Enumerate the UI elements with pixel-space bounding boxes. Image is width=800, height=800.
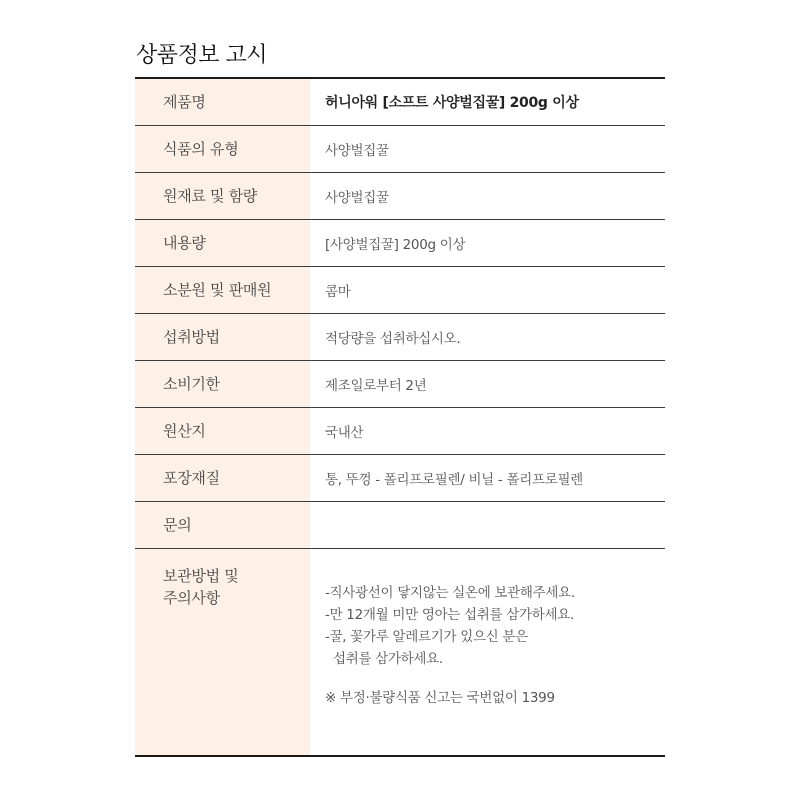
row-label: 문의 [135,501,310,548]
storage-note: -직사광선이 닿지않는 실온에 보관해주세요. [325,582,665,604]
row-value: 적당량을 섭취하십시오. [310,313,665,360]
storage-label-line: 보관방법 및 [163,565,310,587]
table-row-ingredients: 원재료 및 함량 사양벌집꿀 [135,172,665,219]
row-value [310,501,665,548]
table-row-origin: 원산지 국내산 [135,407,665,454]
row-value: 사양벌집꿀 [310,125,665,172]
row-value: 제조일로부터 2년 [310,360,665,407]
storage-note: 섭취를 삼가하세요. [325,648,665,670]
row-label: 섭취방법 [135,313,310,360]
table-row-content-amount: 내용량 [사양벌집꿀] 200g 이상 [135,219,665,266]
row-label: 내용량 [135,219,310,266]
table-row-storage: 보관방법 및 주의사항 -직사광선이 닿지않는 실온에 보관해주세요. -만 1… [135,548,665,756]
row-value: 통, 뚜껑 - 폴리프로필렌/ 비닐 - 폴리프로필렌 [310,454,665,501]
row-value: 허니아워 [소프트 사양벌집꿀] 200g 이상 [310,78,665,125]
row-label: 포장재질 [135,454,310,501]
row-label: 원재료 및 함량 [135,172,310,219]
row-label: 제품명 [135,78,310,125]
storage-label-line: 주의사항 [163,587,310,609]
page-title: 상품정보 고시 [136,38,267,69]
table-row-inquiry: 문의 [135,501,665,548]
table-row-packaging: 포장재질 통, 뚜껑 - 폴리프로필렌/ 비닐 - 폴리프로필렌 [135,454,665,501]
row-value: 사양벌집꿀 [310,172,665,219]
storage-note: -만 12개월 미만 영아는 섭취를 삼가하세요. [325,604,665,626]
table-row-intake-method: 섭취방법 적당량을 섭취하십시오. [135,313,665,360]
storage-note: -꿀, 꽃가루 알레르기가 있으신 분은 [325,626,665,648]
row-label: 원산지 [135,407,310,454]
row-label: 소분원 및 판매원 [135,266,310,313]
product-info-table: 제품명 허니아워 [소프트 사양벌집꿀] 200g 이상 식품의 유형 사양벌집… [135,77,665,757]
table-row-seller: 소분원 및 판매원 콤마 [135,266,665,313]
report-notice: ※ 부정·불량식품 신고는 국번없이 1399 [325,687,665,709]
row-label: 보관방법 및 주의사항 [135,548,310,756]
row-value: 콤마 [310,266,665,313]
row-label: 식품의 유형 [135,125,310,172]
row-value: 국내산 [310,407,665,454]
table-row-expiry: 소비기한 제조일로부터 2년 [135,360,665,407]
row-label: 소비기한 [135,360,310,407]
table-row-product-name: 제품명 허니아워 [소프트 사양벌집꿀] 200g 이상 [135,78,665,125]
table-row-food-type: 식품의 유형 사양벌집꿀 [135,125,665,172]
row-value: -직사광선이 닿지않는 실온에 보관해주세요. -만 12개월 미만 영아는 섭… [310,548,665,756]
row-value: [사양벌집꿀] 200g 이상 [310,219,665,266]
